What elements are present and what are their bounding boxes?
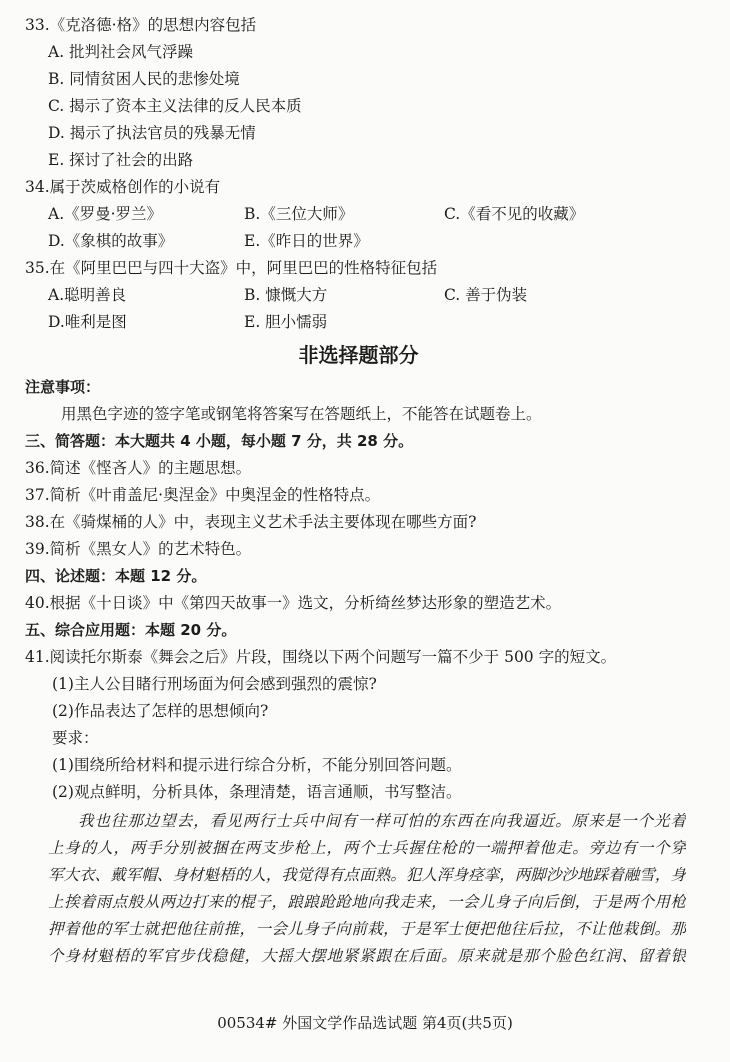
question-39: 39.简析《黑女人》的艺术特色。 xyxy=(25,536,692,563)
question-options: A. 批判社会风气浮躁 B. 同情贫困人民的悲惨处境 C. 揭示了资本主义法律的… xyxy=(25,39,692,174)
question-41-sub-2: (2)作品表达了怎样的思想倾向? xyxy=(25,698,692,725)
excerpt-line: 个身材魁梧的军官步伐稳健，大摇大摆地紧紧跟在后面。原来就是那个脸色红润、留着银 xyxy=(48,943,686,970)
part-title: 非选择题部分 xyxy=(25,338,692,372)
excerpt-line: 上身的人，两手分别被捆在两支步枪上，两个士兵握住枪的一端押着他走。旁边有一个穿 xyxy=(48,835,686,862)
reading-excerpt: 我也往那边望去，看见两行士兵中间有一样可怕的东西在向我逼近。原来是一个光着 上身… xyxy=(25,808,692,970)
question-33: 33.《克洛德·格》的思想内容包括 A. 批判社会风气浮躁 B. 同情贫困人民的… xyxy=(25,12,692,174)
question-41-requirements-label: 要求： xyxy=(25,725,692,752)
exam-page-body: 33.《克洛德·格》的思想内容包括 A. 批判社会风气浮躁 B. 同情贫困人民的… xyxy=(0,0,730,970)
question-stem: 34.属于茨威格创作的小说有 xyxy=(25,174,692,201)
exam-paper-page: { "theme": { "paper": "#fbfbf9", "ink": … xyxy=(0,0,730,1062)
section-heading-5: 五、综合应用题：本题 20 分。 xyxy=(25,617,692,644)
option-d: D.《象棋的故事》 xyxy=(48,228,244,255)
excerpt-line: 我也往那边望去，看见两行士兵中间有一样可怕的东西在向我逼近。原来是一个光着 xyxy=(48,808,686,835)
question-35: 35.在《阿里巴巴与四十大盗》中，阿里巴巴的性格特征包括 A.聪明善良 B. 慷… xyxy=(25,255,692,336)
question-stem: 33.《克洛德·格》的思想内容包括 xyxy=(25,12,692,39)
option-e: E.《昨日的世界》 xyxy=(244,228,444,255)
page-footer: 00534# 外国文学作品选试题 第4页(共5页) xyxy=(0,1012,730,1034)
question-options-row: A.聪明善良 B. 慷慨大方 C. 善于伪装 xyxy=(25,282,692,309)
option-d: D. 揭示了执法官员的残暴无情 xyxy=(25,120,692,147)
option-c: C. 善于伪装 xyxy=(444,282,692,309)
question-options-row: D.《象棋的故事》 E.《昨日的世界》 xyxy=(25,228,692,255)
question-36: 36.简述《悭吝人》的主题思想。 xyxy=(25,455,692,482)
section-heading-4: 四、论述题：本题 12 分。 xyxy=(25,563,692,590)
option-a: A. 批判社会风气浮躁 xyxy=(25,39,692,66)
question-41-requirement-2: (2)观点鲜明，分析具体，条理清楚，语言通顺，书写整洁。 xyxy=(25,779,692,806)
excerpt-line: 押着他的军士就把他往前推，一会儿身子向前栽，于是军士便把他往后拉，不让他栽倒。那 xyxy=(48,916,686,943)
question-40: 40.根据《十日谈》中《第四天故事一》选文，分析绮丝梦达形象的塑造艺术。 xyxy=(25,590,692,617)
option-e: E. 胆小懦弱 xyxy=(244,309,444,336)
option-b: B. 慷慨大方 xyxy=(244,282,444,309)
question-37: 37.简析《叶甫盖尼·奥涅金》中奥涅金的性格特点。 xyxy=(25,482,692,509)
option-d: D.唯利是图 xyxy=(48,309,244,336)
question-options-row: D.唯利是图 E. 胆小懦弱 xyxy=(25,309,692,336)
question-stem: 35.在《阿里巴巴与四十大盗》中，阿里巴巴的性格特征包括 xyxy=(25,255,692,282)
notice-body: 用黑色字迹的签字笔或钢笔将答案写在答题纸上，不能答在试题卷上。 xyxy=(25,401,692,428)
excerpt-line: 上挨着雨点般从两边打来的棍子，踉踉跄跄地向我走来，一会儿身子向后倒，于是两个用枪 xyxy=(48,889,686,916)
section-heading-3: 三、简答题：本大题共 4 小题，每小题 7 分，共 28 分。 xyxy=(25,428,692,455)
question-38: 38.在《骑煤桶的人》中，表现主义艺术手法主要体现在哪些方面? xyxy=(25,509,692,536)
question-41-sub-1: (1)主人公目睹行刑场面为何会感到强烈的震惊? xyxy=(25,671,692,698)
question-41-stem: 41.阅读托尔斯泰《舞会之后》片段，围绕以下两个问题写一篇不少于 500 字的短… xyxy=(25,644,692,671)
question-34: 34.属于茨威格创作的小说有 A.《罗曼·罗兰》 B.《三位大师》 C.《看不见… xyxy=(25,174,692,255)
option-c: C. 揭示了资本主义法律的反人民本质 xyxy=(25,93,692,120)
option-b: B.《三位大师》 xyxy=(244,201,444,228)
option-e: E. 探讨了社会的出路 xyxy=(25,147,692,174)
question-41-requirement-1: (1)围绕所给材料和提示进行综合分析，不能分别回答问题。 xyxy=(25,752,692,779)
option-a: A.《罗曼·罗兰》 xyxy=(48,201,244,228)
notice-heading: 注意事项： xyxy=(25,374,692,401)
excerpt-line: 军大衣、戴军帽、身材魁梧的人，我觉得有点面熟。犯人浑身痉挛，两脚沙沙地踩着融雪，… xyxy=(48,862,686,889)
option-a: A.聪明善良 xyxy=(48,282,244,309)
option-b: B. 同情贫困人民的悲惨处境 xyxy=(25,66,692,93)
question-options-row: A.《罗曼·罗兰》 B.《三位大师》 C.《看不见的收藏》 xyxy=(25,201,692,228)
option-c: C.《看不见的收藏》 xyxy=(444,201,692,228)
